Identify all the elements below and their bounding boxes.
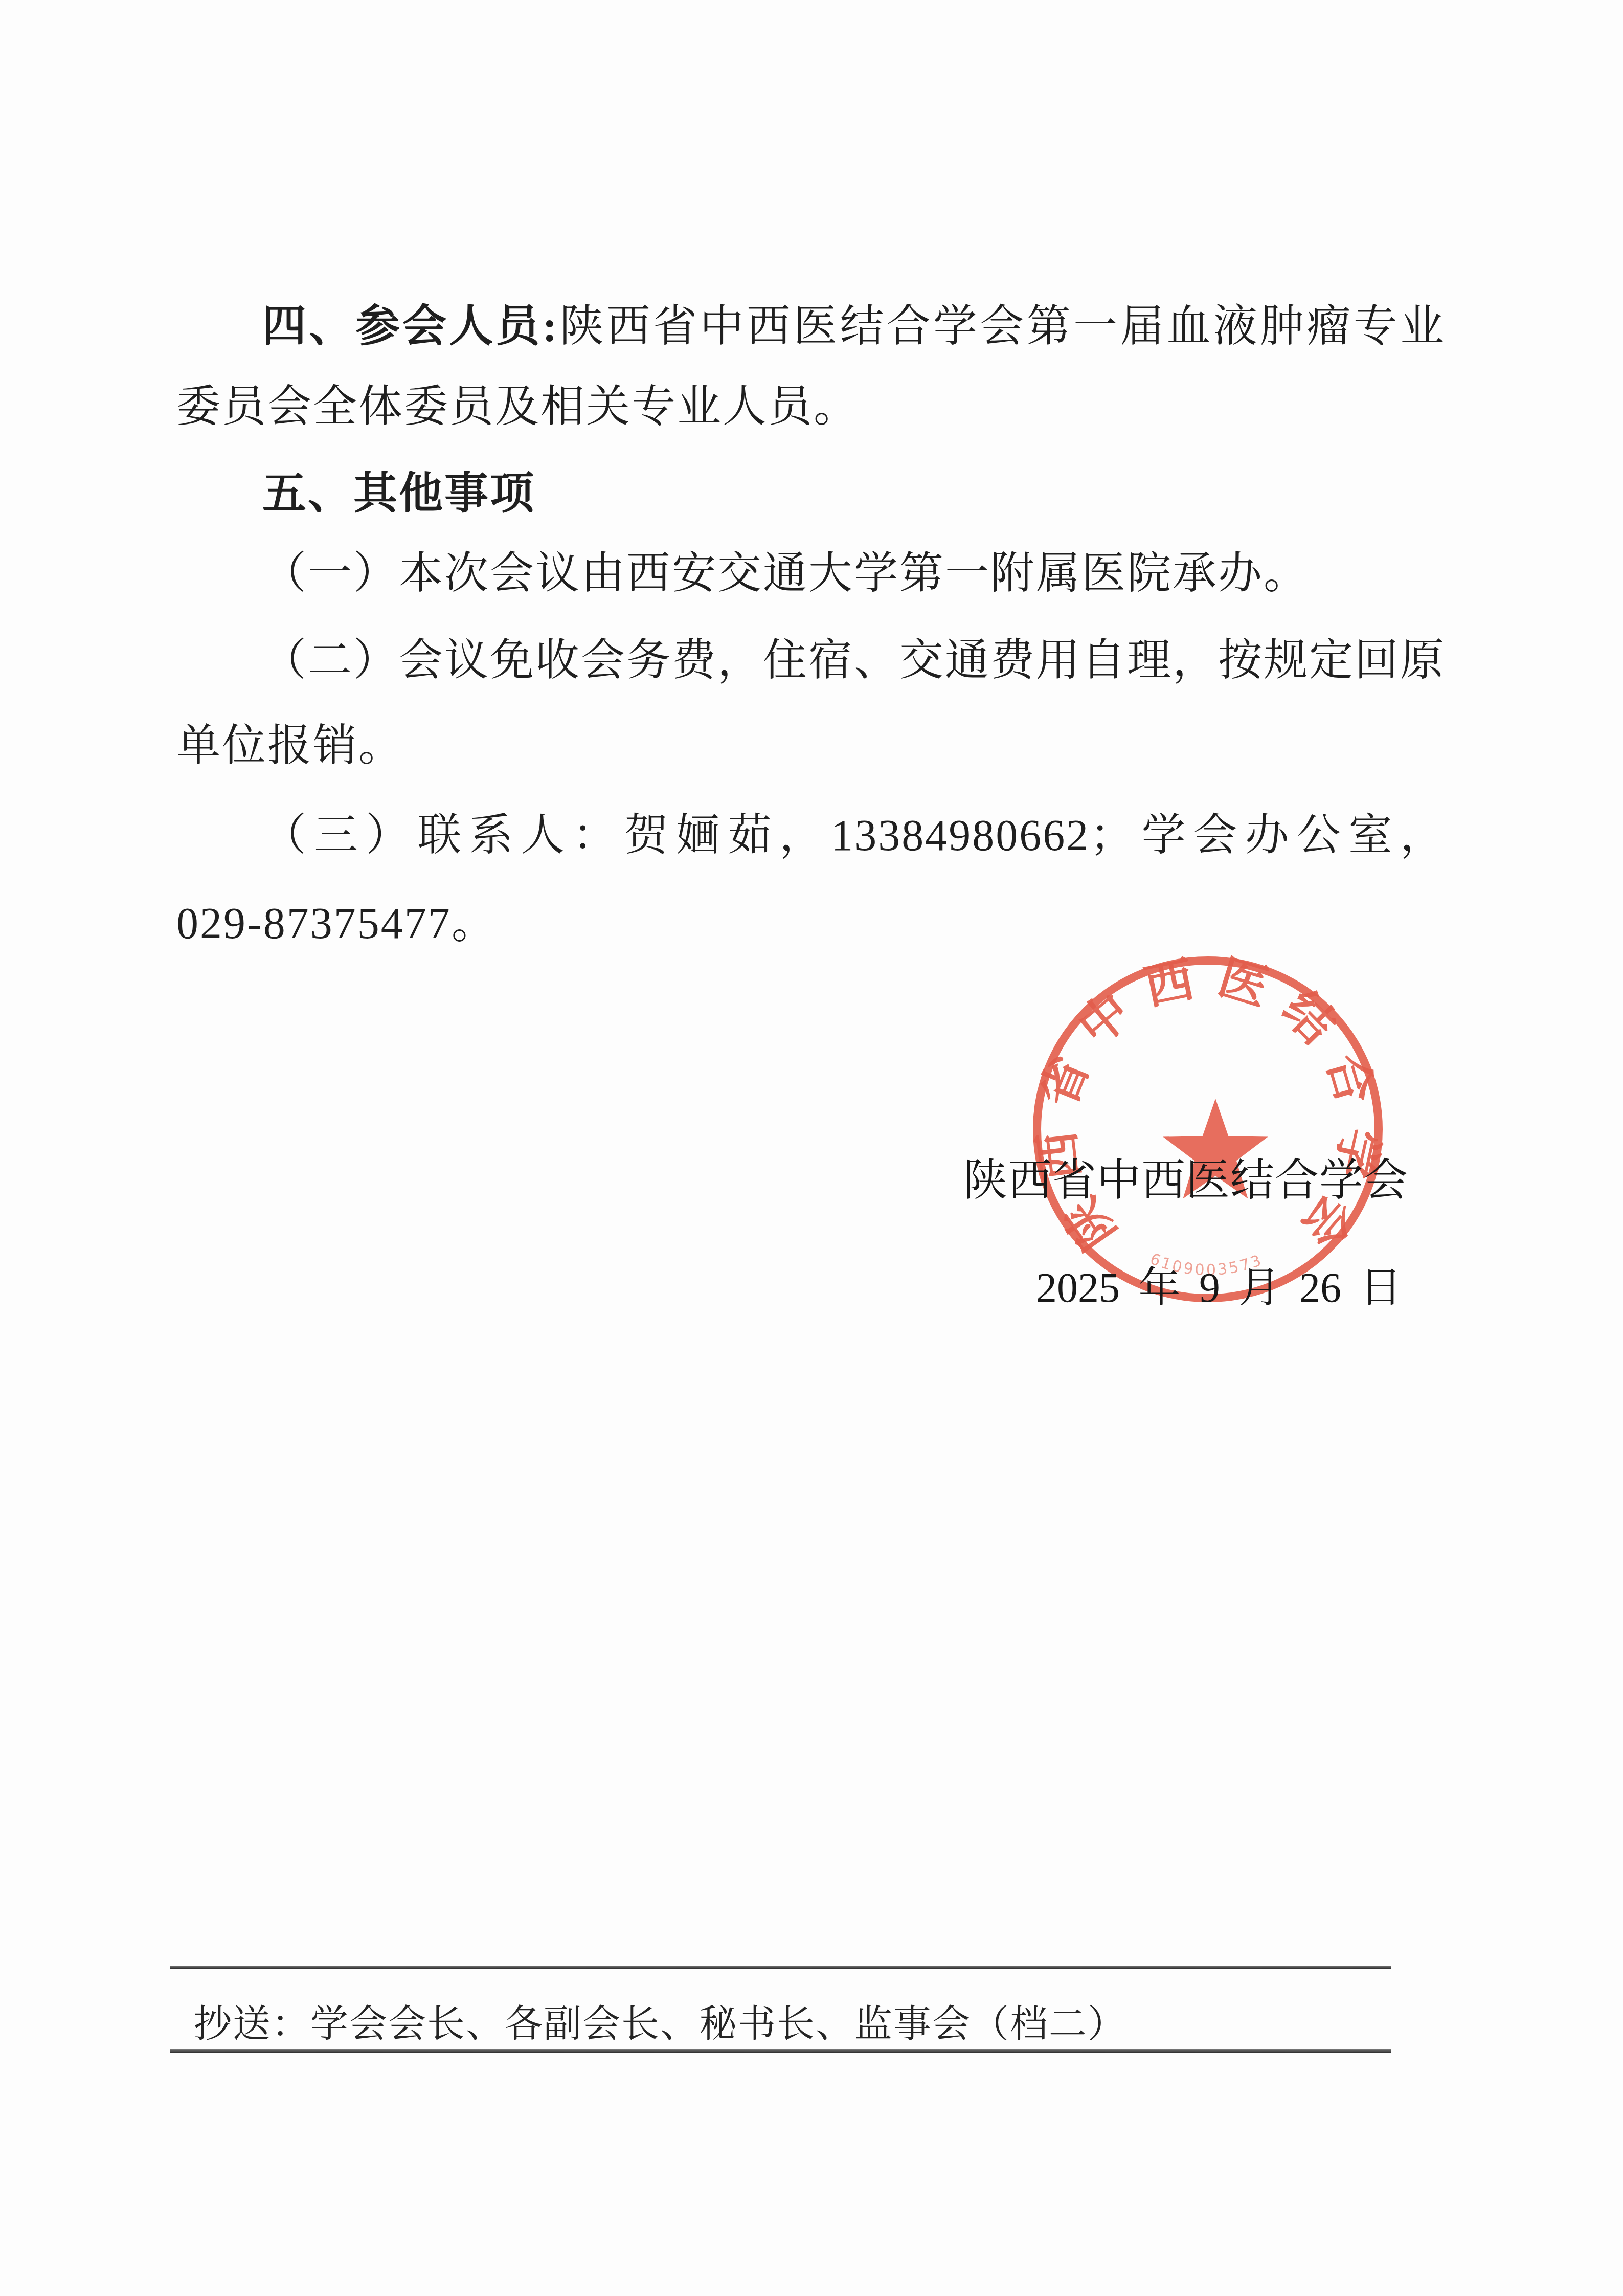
signature-organization: 陕西省中西医结合学会	[963, 1145, 1408, 1208]
paragraph-4-line-1: 四、参会人员:陕西省中西医结合学会第一届血液肿瘤专业	[176, 299, 1446, 354]
paragraph-4-line-2: 委员会全体委员及相关专业人员。	[176, 380, 1446, 435]
section-5-heading: 五、其他事项	[176, 466, 1446, 522]
scanned-document-page: 四、参会人员:陕西省中西医结合学会第一届血液肿瘤专业 委员会全体委员及相关专业人…	[0, 0, 1623, 2296]
item-2-line-1: （二）会议免收会务费，住宿、交通费用自理，按规定回原	[176, 633, 1446, 688]
seal-arc-text: 陕西省中西医结合学会	[1028, 949, 1388, 1270]
footer-top-rule	[170, 1966, 1391, 1969]
section-4-label: 四、参会人员:	[262, 302, 558, 351]
section-4-text: 陕西省中西医结合学会第一届血液肿瘤专业	[558, 302, 1446, 351]
footer-bottom-rule	[170, 2049, 1391, 2053]
signature-date: 2025 年 9 月 26 日	[1036, 1254, 1402, 1314]
item-2-line-2: 单位报销。	[176, 719, 1446, 774]
item-1-line: （一）本次会议由西安交通大学第一附属医院承办。	[176, 546, 1446, 601]
item-3-line-1: （三）联系人：贺婳茹，13384980662；学会办公室，	[176, 808, 1446, 863]
footer-cc-line: 抄送：学会会长、各副会长、秘书长、监事会（档二）	[194, 1994, 1126, 2048]
